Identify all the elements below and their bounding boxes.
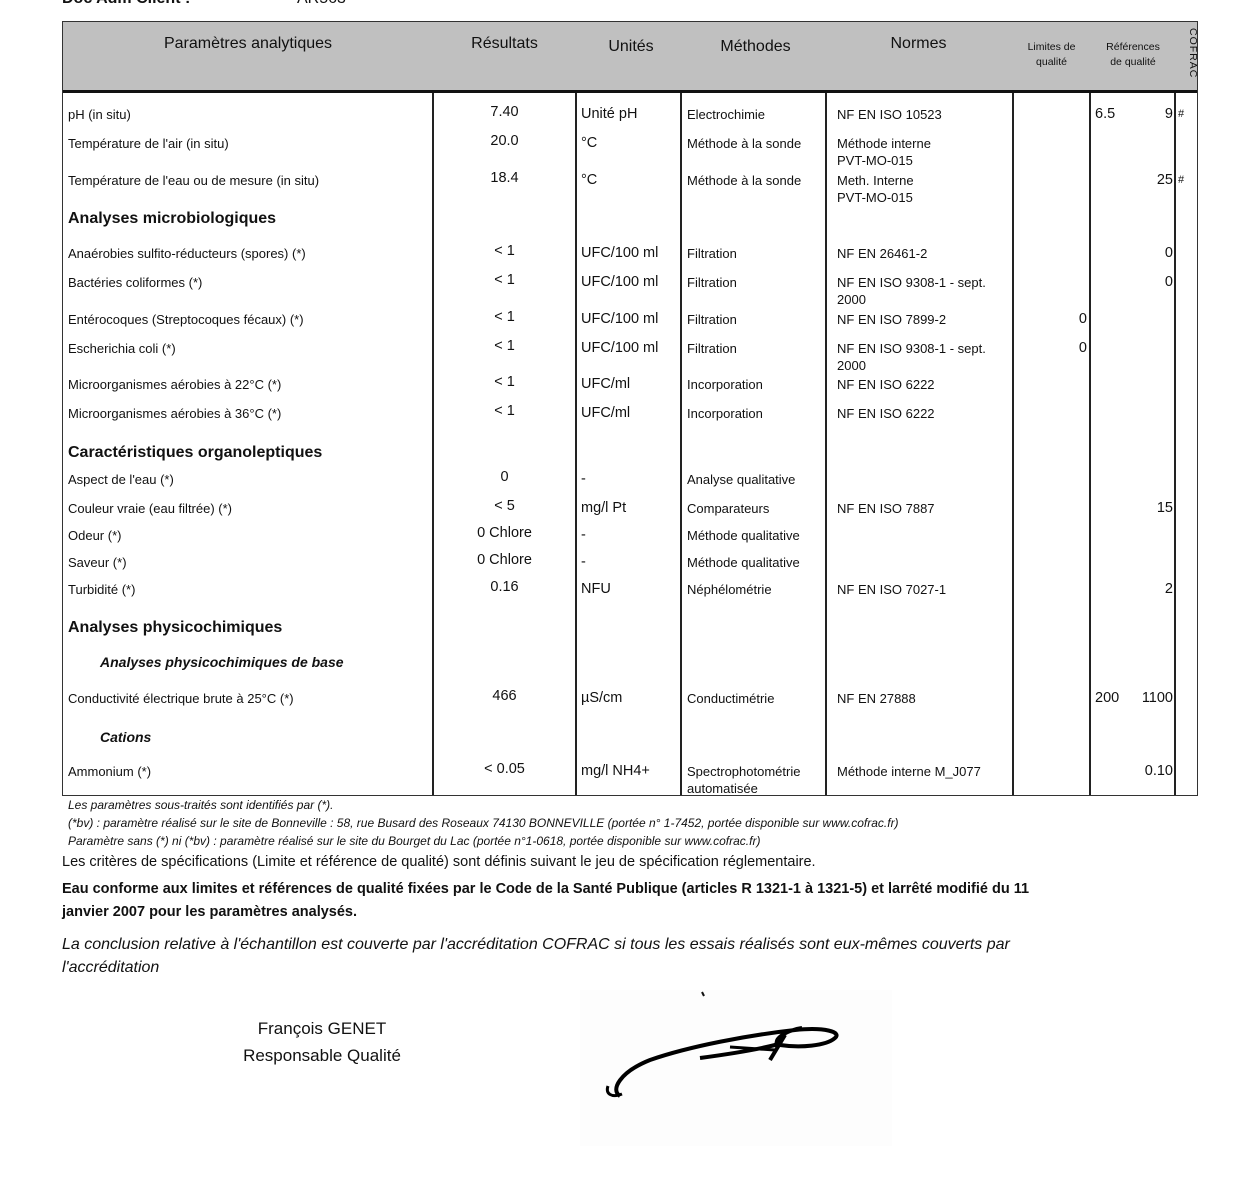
quality-reference-max: 1100	[1103, 690, 1173, 707]
column-divider	[825, 93, 827, 795]
result-value: < 1	[433, 374, 576, 391]
unit-value: µS/cm	[581, 690, 622, 707]
norm-value: NF EN ISO 10523	[837, 106, 942, 123]
norm-value: NF EN ISO 9308-1 - sept.	[837, 340, 986, 357]
parameter-name: Microorganismes aérobies à 36°C (*)	[68, 405, 281, 422]
header-unites: Unités	[576, 38, 686, 56]
quality-reference-max: 9	[1103, 106, 1173, 123]
result-value: 466	[433, 688, 576, 705]
subsection-heading: Cations	[100, 729, 151, 746]
header-limites-l2: qualité	[1013, 55, 1090, 70]
header-normes: Normes	[826, 35, 1011, 53]
unit-value: UFC/ml	[581, 376, 630, 393]
signatory-name: François GENET	[202, 1015, 442, 1042]
method-value: Conductimétrie	[687, 690, 774, 707]
norm-value: NF EN ISO 7899-2	[837, 311, 946, 328]
header-limites-l1: Limites de	[1013, 40, 1090, 55]
header-resultats: Résultats	[433, 35, 576, 53]
unit-value: °C	[581, 172, 597, 189]
norm-value: Méthode interne	[837, 135, 931, 152]
section-heading: Caractéristiques organoleptiques	[68, 444, 322, 461]
header-methodes: Méthodes	[683, 38, 828, 56]
header-references: Références de qualité	[1090, 40, 1176, 70]
result-value: < 1	[433, 309, 576, 326]
header-references-l1: Références	[1090, 40, 1176, 55]
header-parametres: Paramètres analytiques	[63, 35, 433, 53]
column-divider	[1174, 93, 1176, 795]
column-divider	[1089, 93, 1091, 795]
parameter-name: Odeur (*)	[68, 527, 121, 544]
quality-limit: 0	[1013, 340, 1087, 357]
norm-value-line2: 2000	[837, 357, 866, 374]
quality-reference-max: 0.10	[1103, 763, 1173, 780]
norm-value: NF EN ISO 6222	[837, 405, 935, 422]
method-value: Incorporation	[687, 376, 763, 393]
quality-reference-max: 0	[1103, 245, 1173, 262]
parameter-name: Aspect de l'eau (*)	[68, 471, 174, 488]
unit-value: UFC/100 ml	[581, 311, 658, 328]
norm-value: NF EN 26461-2	[837, 245, 927, 262]
unit-value: Unité pH	[581, 106, 637, 123]
signature-image	[580, 990, 892, 1146]
parameter-name: Microorganismes aérobies à 22°C (*)	[68, 376, 281, 393]
norm-value: Méthode interne M_J077	[837, 763, 981, 780]
parameter-name: Ammonium (*)	[68, 763, 151, 780]
quality-limit: 0	[1013, 311, 1087, 328]
unit-value: mg/l NH4+	[581, 763, 650, 780]
result-value: 0 Chlore	[433, 552, 576, 569]
result-value: < 1	[433, 338, 576, 355]
result-value: 18.4	[433, 170, 576, 187]
signatory-title: Responsable Qualité	[202, 1042, 442, 1069]
conformity-text: Eau conforme aux limites et références d…	[62, 878, 1052, 924]
norm-value: NF EN ISO 9308-1 - sept.	[837, 274, 986, 291]
section-heading: Analyses microbiologiques	[68, 210, 276, 227]
norm-value: NF EN ISO 6222	[837, 376, 935, 393]
method-value: Incorporation	[687, 405, 763, 422]
parameter-name: Couleur vraie (eau filtrée) (*)	[68, 500, 232, 517]
unit-value: UFC/100 ml	[581, 245, 658, 262]
parameter-name: Turbidité (*)	[68, 581, 135, 598]
method-value: Méthode qualitative	[687, 527, 800, 544]
norm-value-line2: PVT-MO-015	[837, 152, 913, 169]
signatory-block: François GENET Responsable Qualité	[202, 1015, 442, 1069]
method-value: Spectrophotométrie	[687, 763, 800, 780]
parameter-name: Conductivité électrique brute à 25°C (*)	[68, 690, 294, 707]
section-heading: Analyses physicochimiques	[68, 619, 282, 636]
note-bourget: Paramètre sans (*) ni (*bv) : paramètre …	[68, 834, 760, 848]
norm-value: NF EN ISO 7887	[837, 500, 935, 517]
parameter-name: Bactéries coliformes (*)	[68, 274, 202, 291]
method-value: Analyse qualitative	[687, 471, 795, 488]
note-subcontracted: Les paramètres sous-traités sont identif…	[68, 798, 333, 812]
method-value: Filtration	[687, 274, 737, 291]
parameter-name: Saveur (*)	[68, 554, 127, 571]
method-value: Electrochimie	[687, 106, 765, 123]
unit-value: -	[581, 527, 586, 544]
unit-value: -	[581, 471, 586, 488]
table-header: Paramètres analytiques Résultats Unités …	[63, 22, 1197, 93]
method-value-line2: automatisée	[687, 780, 758, 797]
parameter-name: pH (in situ)	[68, 106, 131, 123]
quality-reference-max: 2	[1103, 581, 1173, 598]
unit-value: mg/l Pt	[581, 500, 626, 517]
norm-value-line2: PVT-MO-015	[837, 189, 913, 206]
result-value: 0 Chlore	[433, 525, 576, 542]
method-value: Méthode à la sonde	[687, 135, 801, 152]
column-divider	[680, 93, 682, 795]
header-limites: Limites de qualité	[1013, 40, 1090, 70]
unit-value: UFC/ml	[581, 405, 630, 422]
unit-value: -	[581, 554, 586, 571]
method-value: Filtration	[687, 245, 737, 262]
unit-value: °C	[581, 135, 597, 152]
criteria-text: Les critères de spécifications (Limite e…	[62, 854, 816, 870]
norm-value: NF EN 27888	[837, 690, 916, 707]
result-value: < 1	[433, 243, 576, 260]
column-divider	[1012, 93, 1014, 795]
cofrac-conclusion-text: La conclusion relative à l'échantillon e…	[62, 933, 1072, 979]
result-value: < 0.05	[433, 761, 576, 778]
result-value: 0.16	[433, 579, 576, 596]
quality-reference-max: 0	[1103, 274, 1173, 291]
note-bonneville: (*bv) : paramètre réalisé sur le site de…	[68, 816, 899, 830]
result-value: 7.40	[433, 104, 576, 121]
result-value: 0	[433, 469, 576, 486]
unit-value: NFU	[581, 581, 611, 598]
result-value: < 1	[433, 272, 576, 289]
client-doc-value: AR563	[297, 0, 346, 8]
method-value: Filtration	[687, 340, 737, 357]
parameter-name: Anaérobies sulfito-réducteurs (spores) (…	[68, 245, 306, 262]
parameter-name: Escherichia coli (*)	[68, 340, 176, 357]
unit-value: UFC/100 ml	[581, 274, 658, 291]
method-value: Néphélométrie	[687, 581, 772, 598]
header-cofrac: COFRAC	[1177, 28, 1199, 78]
norm-value-line2: 2000	[837, 291, 866, 308]
header-references-l2: de qualité	[1090, 55, 1176, 70]
method-value: Méthode à la sonde	[687, 172, 801, 189]
quality-reference-max: 15	[1103, 500, 1173, 517]
quality-reference-max: 25	[1103, 172, 1173, 189]
results-table: Paramètres analytiques Résultats Unités …	[62, 21, 1198, 796]
cofrac-flag: #	[1178, 106, 1184, 123]
unit-value: UFC/100 ml	[581, 340, 658, 357]
cofrac-flag: #	[1178, 172, 1184, 189]
norm-value: NF EN ISO 7027-1	[837, 581, 946, 598]
parameter-name: Température de l'eau ou de mesure (in si…	[68, 172, 319, 189]
method-value: Méthode qualitative	[687, 554, 800, 571]
norm-value: Meth. Interne	[837, 172, 914, 189]
result-value: 20.0	[433, 133, 576, 150]
method-value: Filtration	[687, 311, 737, 328]
parameter-name: Température de l'air (in situ)	[68, 135, 229, 152]
result-value: < 5	[433, 498, 576, 515]
method-value: Comparateurs	[687, 500, 769, 517]
subsection-heading: Analyses physicochimiques de base	[100, 654, 344, 671]
parameter-name: Entérocoques (Streptocoques fécaux) (*)	[68, 311, 304, 328]
result-value: < 1	[433, 403, 576, 420]
client-doc-label-text: Doc Adm Client :	[62, 0, 190, 7]
client-doc-label: Doc Adm Client : AR563	[62, 0, 190, 8]
